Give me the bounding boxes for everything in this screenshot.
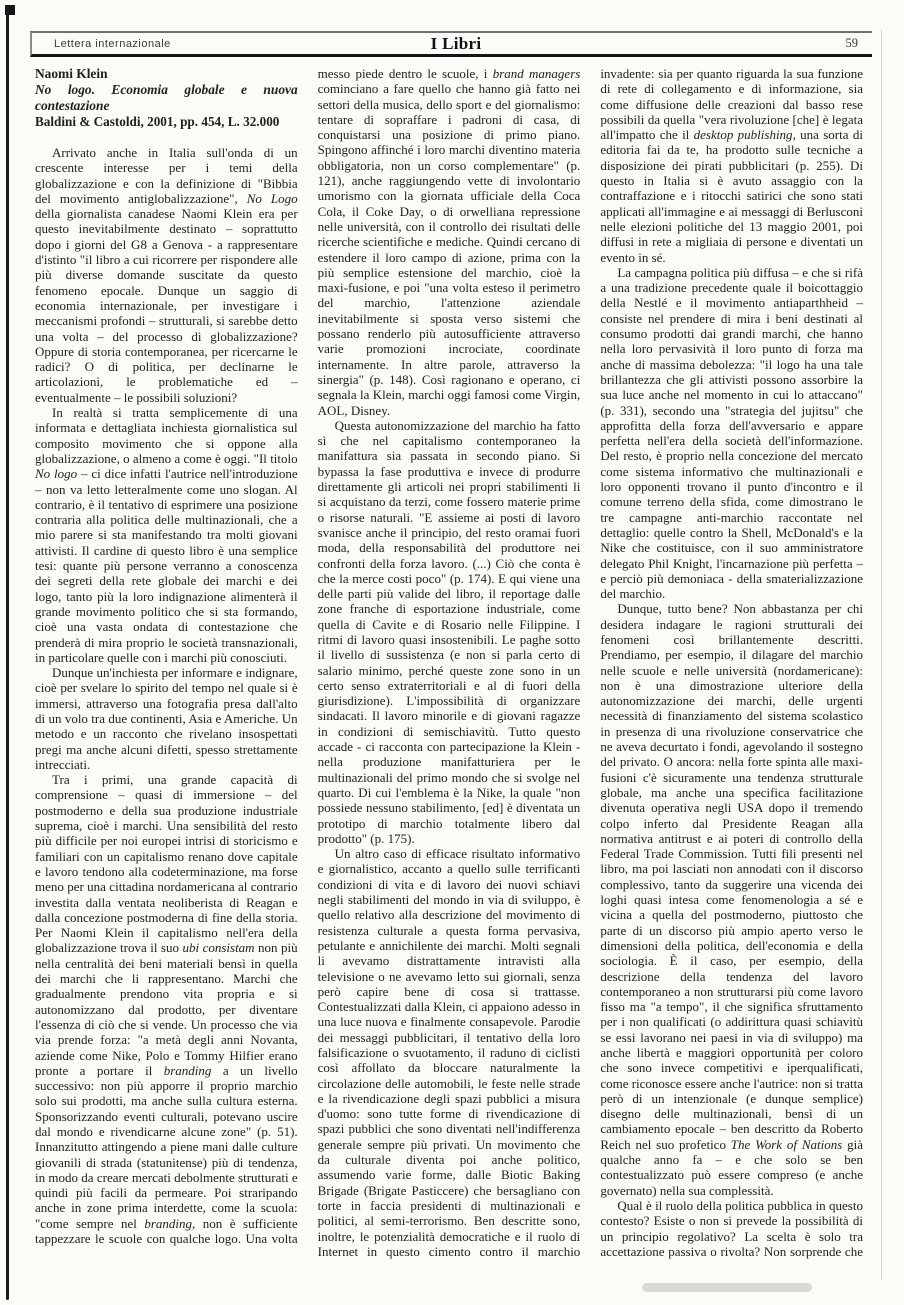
journal-title: Lettera internazionale	[32, 38, 324, 50]
review1-author: Naomi Klein	[35, 66, 298, 82]
scan-left-edge-artifact	[6, 6, 9, 1300]
section-title: I Libri	[324, 34, 588, 54]
review1-paragraph: Arrivato anche in Italia sull'onda di un…	[35, 145, 298, 405]
scan-right-edge-artifact	[881, 30, 882, 1280]
review1-paragraph: Dunque, tutto bene? Non abbastanza per c…	[600, 601, 863, 1198]
review1-paragraph: La campagna politica più diffusa – e che…	[600, 265, 863, 602]
review1-publisher: Baldini & Castoldi, 2001, pp. 454, L. 32…	[35, 114, 298, 130]
review1-heading: Naomi Klein No logo. Economia globale e …	[35, 66, 298, 130]
scan-smudge-artifact	[642, 1283, 812, 1292]
review1-paragraph: Questa autonomizzazione del marchio ha f…	[318, 418, 581, 846]
masthead: Lettera internazionale I Libri 59	[30, 31, 872, 57]
page-number: 59	[588, 36, 872, 51]
review1-paragraph: Dunque un'inchiesta per informare e indi…	[35, 665, 298, 772]
article-columns: Naomi Klein No logo. Economia globale e …	[35, 66, 863, 1260]
review1-book-title: No logo. Economia globale e nuova contes…	[35, 82, 298, 114]
review1-paragraph: In realtà si tratta semplicemente di una…	[35, 405, 298, 665]
scanned-magazine-page: Lettera internazionale I Libri 59 Naomi …	[0, 0, 904, 1305]
